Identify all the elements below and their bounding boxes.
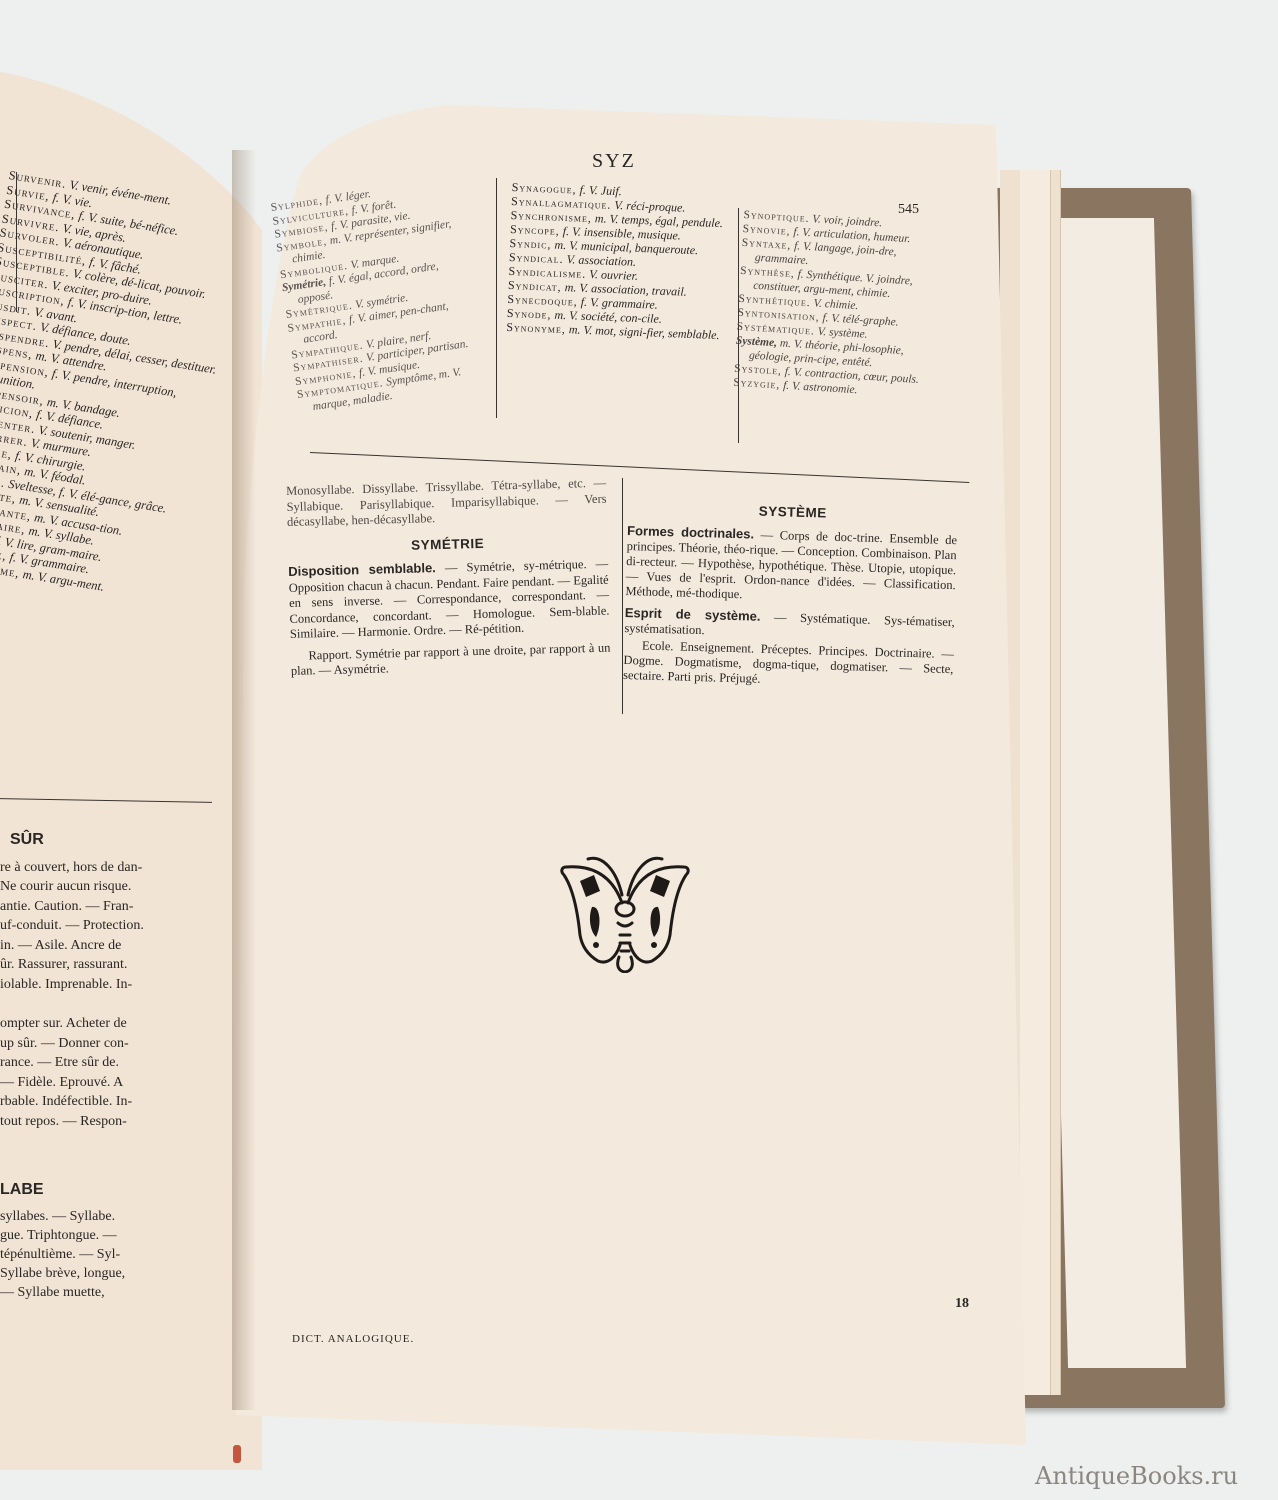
text-line: antie. Caution. — Fran-	[0, 897, 215, 917]
text-line: up sûr. — Donner con-	[0, 1034, 215, 1054]
page-number: 545	[898, 202, 919, 218]
section-title: SYMÉTRIE	[287, 532, 607, 556]
text-line: rance. — Etre sûr de.	[0, 1053, 215, 1073]
column-rule	[496, 178, 497, 418]
paragraph: Formes doctrinales. — Corps de doc-trine…	[625, 523, 957, 608]
butterfly-icon	[552, 845, 698, 973]
text-line: tout repos. — Respon-	[0, 1112, 215, 1132]
running-head: SYZ	[592, 150, 636, 173]
text-line: syllabes. — Syllabe.	[0, 1207, 200, 1226]
index-column-2: Synagogue, f. V. Juif. Synallagmatique. …	[506, 180, 734, 342]
symetrie-column: Monosyllabe. Dissyllabe. Trissyllabe. Té…	[286, 476, 611, 686]
binding-thread	[233, 1445, 241, 1463]
index-column-1: Sylphide, f. V. léger. Sylviculture, f. …	[270, 176, 488, 416]
index-column-3: Synoptique. V. voir, joindre. Synovie, f…	[733, 208, 944, 402]
footer-title: DICT. ANALOGIQUE.	[292, 1333, 414, 1345]
text-line: — Syllabe muette,	[0, 1283, 200, 1302]
text-line: tépénultième. — Syl-	[0, 1245, 200, 1264]
watermark: AntiqueBooks.ru	[1035, 1462, 1238, 1490]
text-line: re à couvert, hors de dan-	[0, 858, 215, 878]
paragraph: Disposition semblable. — Symétrie, sy-mé…	[288, 556, 610, 643]
text-line: in. — Asile. Ancre de	[0, 936, 215, 956]
text-line: rbable. Indéfectible. In-	[0, 1092, 215, 1112]
paragraph: Rapport. Symétrie par rapport à une droi…	[290, 640, 611, 679]
text-line: Syllabe brève, longue,	[0, 1264, 200, 1283]
paragraph: Ecole. Enseignement. Préceptes. Principe…	[623, 638, 954, 692]
syllabe-continuation: Monosyllabe. Dissyllabe. Trissyllabe. Té…	[286, 476, 607, 531]
text-line: — Fidèle. Eprouvé. A	[0, 1073, 215, 1093]
text-line: ompter sur. Acheter de	[0, 1014, 215, 1034]
sur-section: SÛR re à couvert, hors de dan- Ne courir…	[0, 830, 215, 1131]
text-line: uf-conduit. — Protection.	[0, 916, 215, 936]
text-line: Ne courir aucun risque.	[0, 877, 215, 897]
section-title: SÛR	[0, 830, 215, 850]
syllabe-section: LABE syllabes. — Syllabe. gue. Triphtong…	[0, 1180, 200, 1302]
section-title: LABE	[0, 1180, 200, 1199]
systeme-column: SYSTÈME Formes doctrinales. — Corps de d…	[623, 500, 958, 698]
signature-mark: 18	[955, 1296, 969, 1312]
book-photo: Survenir. V. venir, événe-ment. Survie, …	[0, 0, 1278, 1500]
text-line: ûr. Rassurer, rassurant.	[0, 955, 215, 975]
text-line: gue. Triphtongue. —	[0, 1226, 200, 1245]
gutter-shadow	[232, 150, 256, 1410]
text-line: iolable. Imprenable. In-	[0, 975, 215, 995]
page-stack-edge	[1020, 170, 1051, 1395]
